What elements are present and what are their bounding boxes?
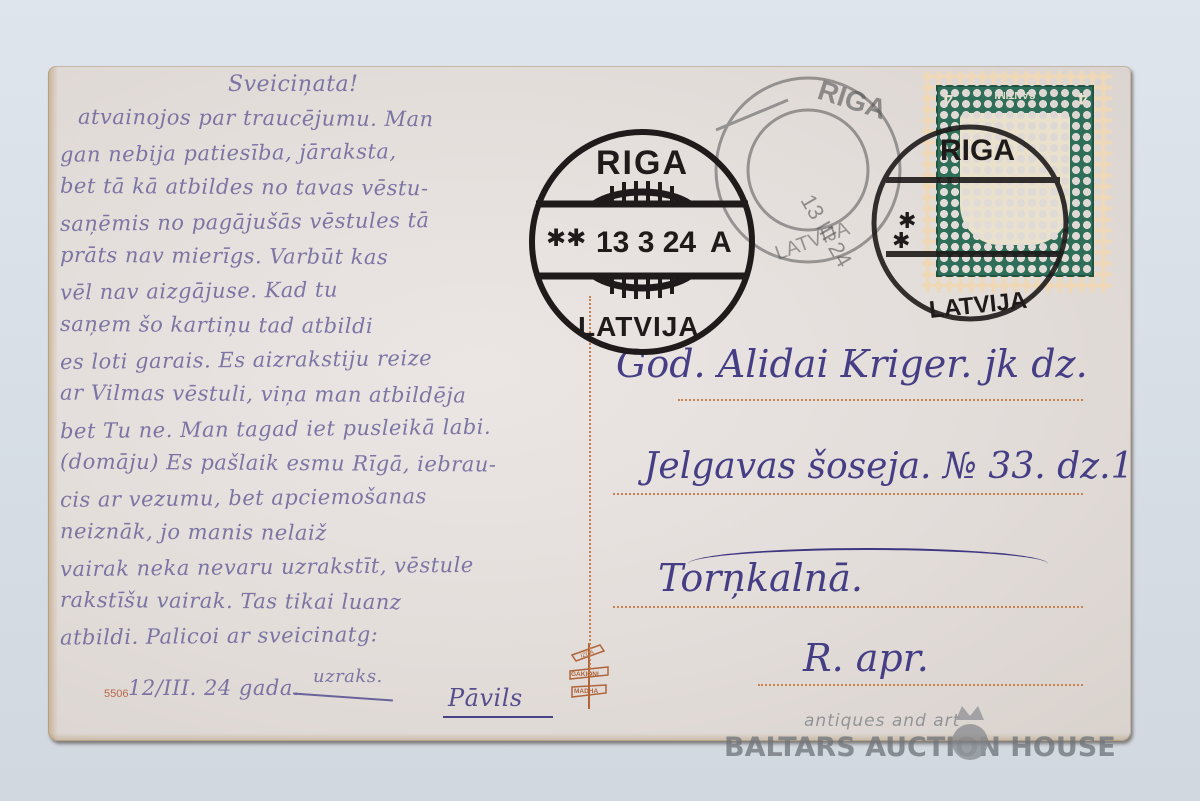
message-closing: uzraks. bbox=[313, 666, 383, 687]
address-street: Jelgavas šoseja. № 33. dz.1. bbox=[644, 446, 1131, 487]
message-line: gan nebija patiesība, jāraksta, bbox=[60, 139, 397, 167]
message-line: rakstīšu vairak. Tas tikai luanz bbox=[60, 588, 402, 614]
postmark-riga-main: RIGA ✱✱ 13 3 24 A LATVIJA bbox=[524, 124, 764, 364]
address-rule-1 bbox=[678, 399, 1083, 401]
svg-text:A: A bbox=[710, 226, 732, 259]
postmark-riga-on-stamp: RIGA ✱ ✱ LATVIJA bbox=[870, 108, 1070, 338]
watermark-brand: BALTARS AUCTION HOUSE bbox=[724, 732, 1124, 763]
svg-text:LATVIJA: LATVIJA bbox=[578, 311, 700, 342]
svg-text:13 3 24: 13 3 24 bbox=[596, 226, 696, 259]
svg-text:RIGA: RIGA bbox=[596, 144, 689, 182]
svg-text:RIGA: RIGA bbox=[940, 134, 1015, 167]
message-line: prāts nav mierīgs. Varbūt kas bbox=[60, 243, 388, 269]
watermark-tagline: antiques and art bbox=[804, 711, 960, 731]
message-line: atvainojos par traucējumu. Man bbox=[78, 105, 434, 131]
address-rule-4 bbox=[758, 684, 1083, 686]
message-line: ar Vilmas vēstuli, viņa man atbildēja bbox=[60, 381, 467, 408]
message-date: 12/III. 24 gada. bbox=[128, 676, 300, 700]
message-line: bet tā kā atbildes no tavas vēstu- bbox=[60, 174, 429, 201]
crown-logo-icon bbox=[950, 698, 990, 768]
address-district: R. apr. bbox=[803, 636, 929, 680]
message-line: saņem šo kartiņu tad atbildi bbox=[60, 312, 373, 338]
message-line: neiznāk, jo manis nelaiž bbox=[60, 519, 327, 545]
svg-text:✱✱: ✱✱ bbox=[546, 224, 586, 252]
svg-text:✱: ✱ bbox=[892, 229, 910, 254]
postcard: Sveiciņata! atvainojos par traucējumu. M… bbox=[48, 66, 1131, 741]
message-line: saņēmis no pagājušās vēstules tā bbox=[60, 208, 430, 236]
address-rule-3 bbox=[613, 606, 1083, 608]
message-greeting: Sveiciņata! bbox=[228, 72, 359, 97]
auction-watermark: antiques and art BALTARS AUCTION HOUSE bbox=[724, 732, 1124, 763]
svg-text:LATVIJA: LATVIJA bbox=[928, 287, 1029, 324]
message-signature: Pāvils bbox=[448, 684, 523, 712]
printed-card-number: 5506 bbox=[104, 688, 128, 700]
message-line: atbildi. Palicoi ar sveicinatg: bbox=[60, 622, 379, 649]
address-rule-2 bbox=[613, 493, 1083, 495]
message-line: (domāju) Es pašlaik esmu Rīgā, iebrau- bbox=[60, 449, 497, 476]
signature-underline bbox=[443, 716, 553, 718]
address-locality-flourish bbox=[688, 548, 1048, 580]
svg-text:MADHA: MADHA bbox=[574, 688, 598, 695]
message-line: es loti garais. Es aizrakstiju reize bbox=[60, 346, 432, 374]
message-line: cis ar vezumu, bet apciemošanas bbox=[60, 484, 427, 512]
date-underline bbox=[293, 693, 393, 702]
svg-text:GAKIONI: GAKIONI bbox=[571, 671, 599, 678]
message-line: vairak neka nevaru uzrakstīt, vēstule bbox=[60, 552, 474, 580]
message-line: bet Tu ne. Man tagad iet pusleikā labi. bbox=[60, 414, 491, 443]
message-line: vēl nav aizgājuse. Kad tu bbox=[60, 277, 338, 304]
